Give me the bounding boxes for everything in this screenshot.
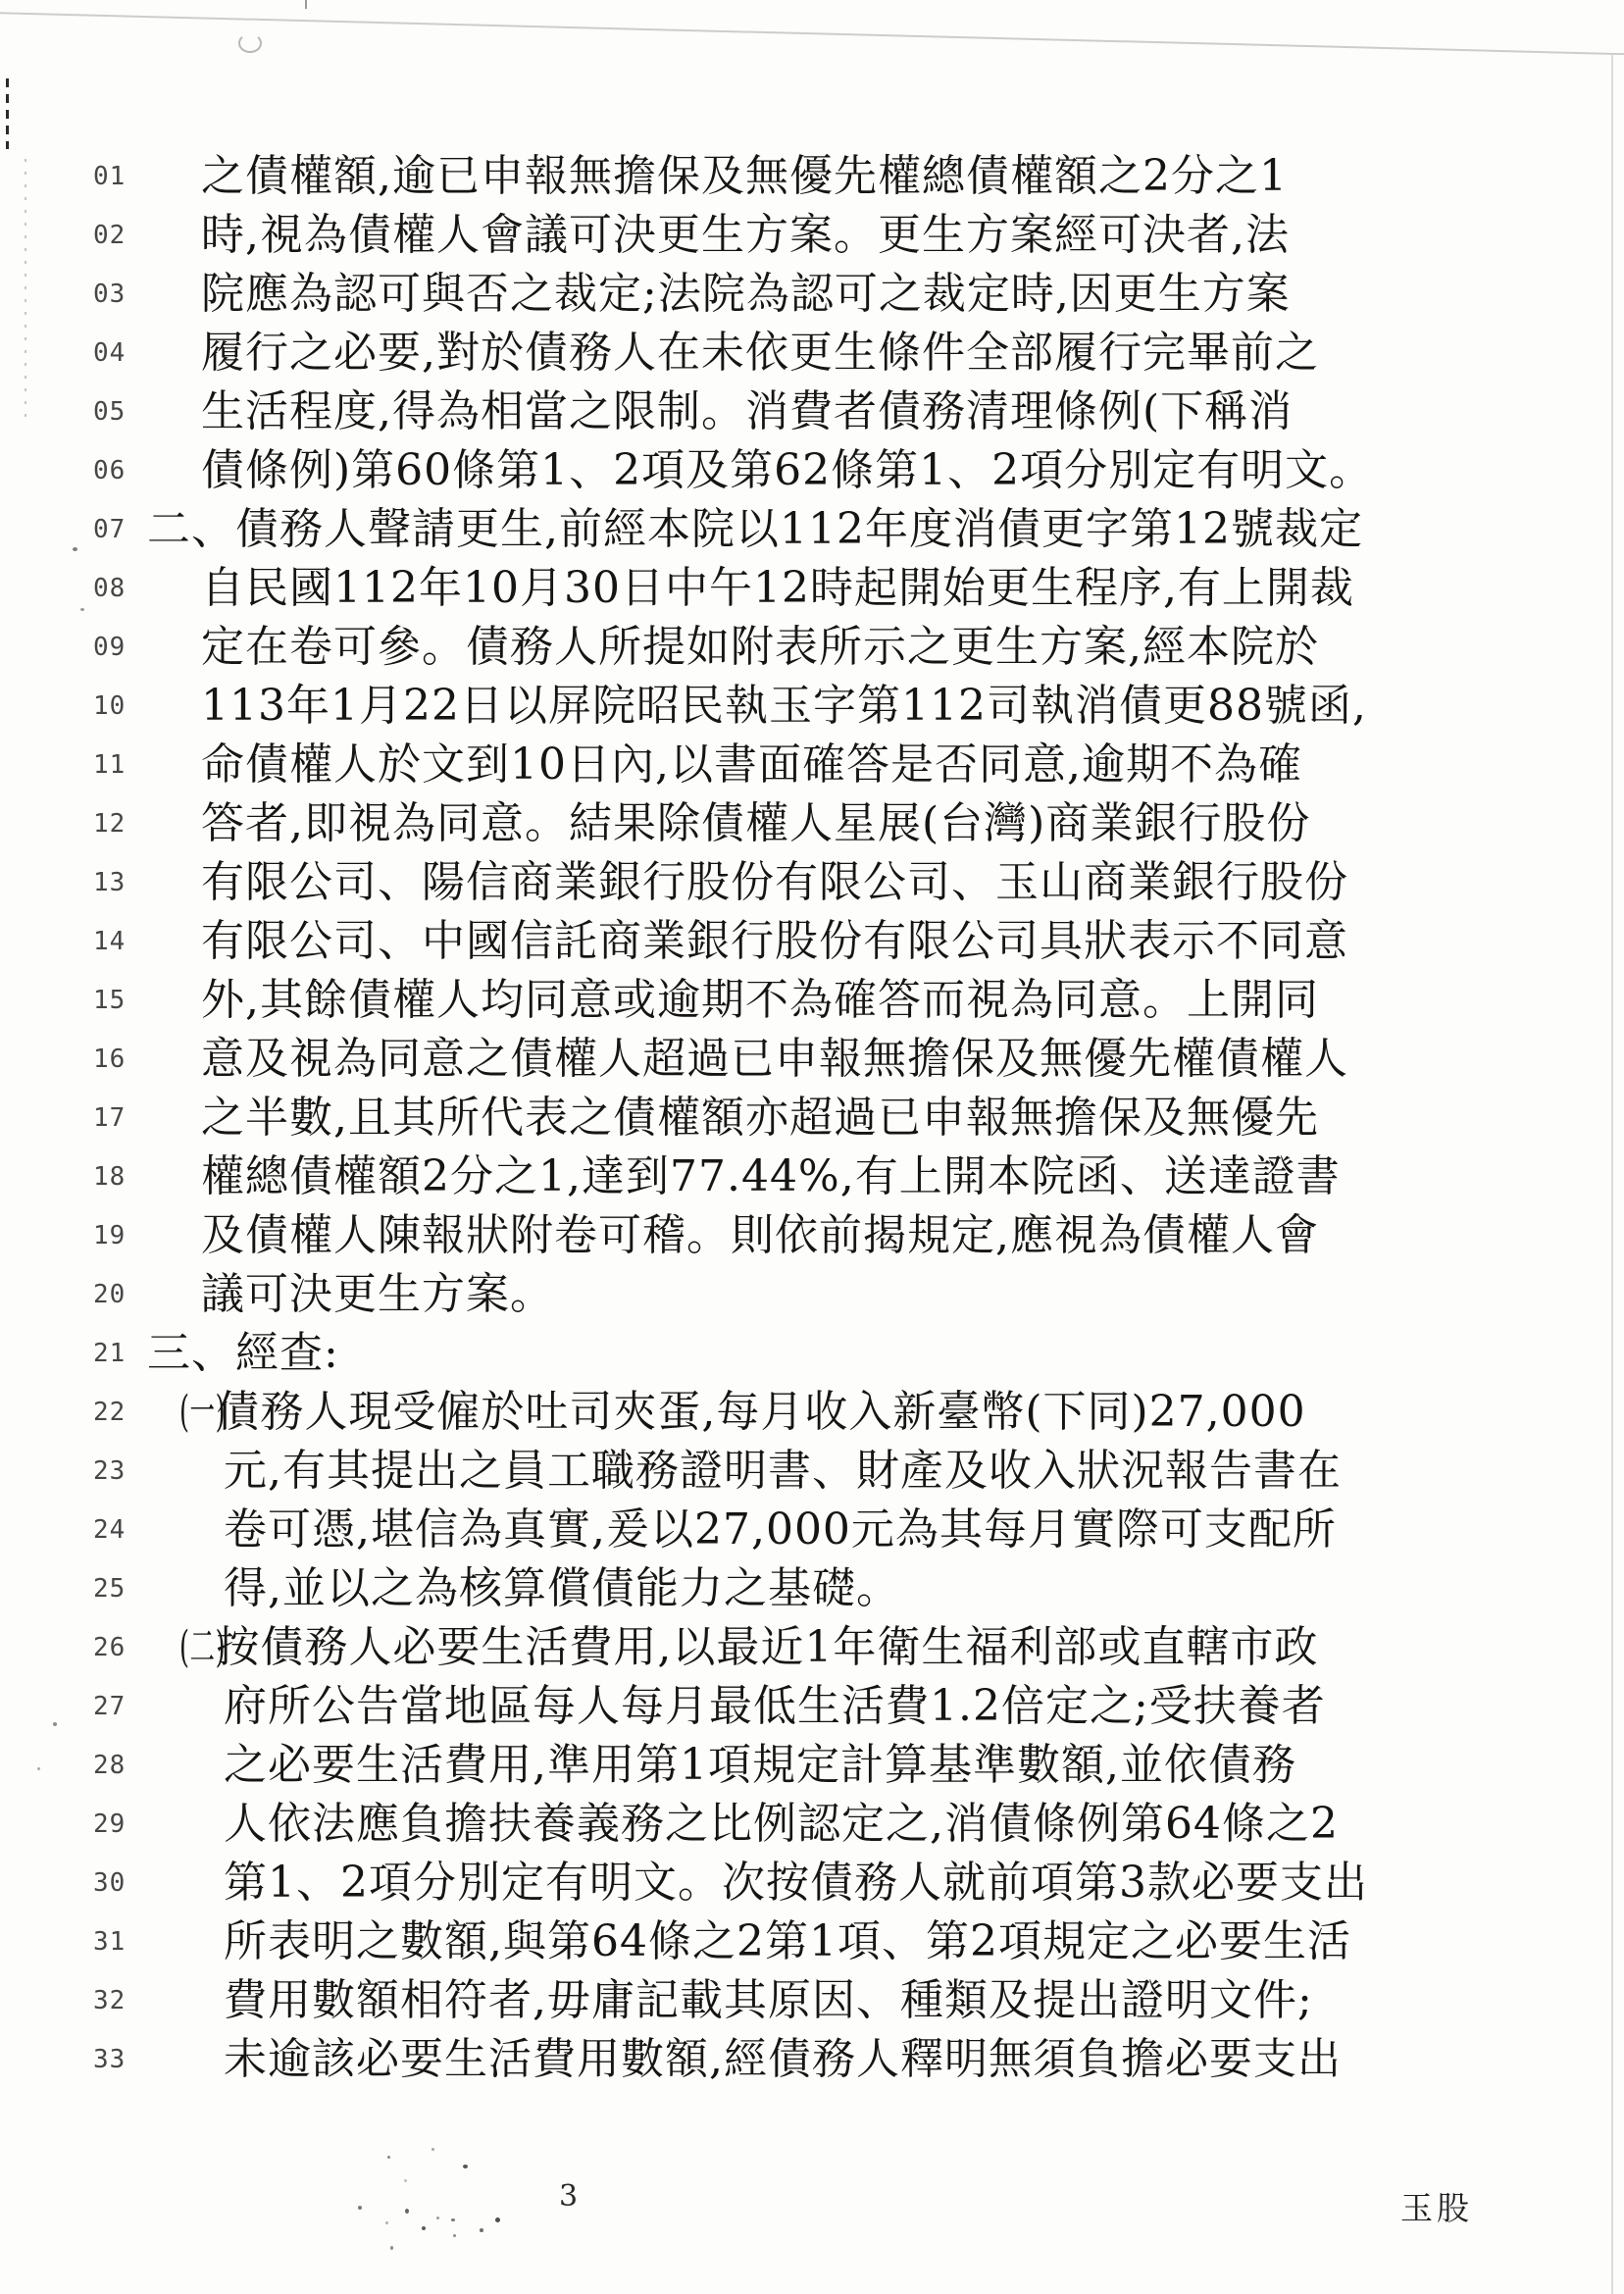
line-content: 未逾該必要生活費用數額,經債務人釋明無須負擔必要支出: [224, 2034, 1342, 2084]
scan-noise-dot: [463, 2165, 468, 2168]
line-content: 債務人聲請更生,前經本院以112年度消債更字第12號裁定: [235, 504, 1363, 554]
scan-noise-dot: [480, 2228, 483, 2232]
line-number: 11: [93, 750, 126, 780]
document-line: 06 債條例)第60條第1、2項及第62條第1、2項分別定有明文。: [0, 441, 1624, 500]
line-number: 33: [93, 2045, 126, 2074]
document-line: 11 命債權人於文到10日內,以書面確答是否同意,逾期不為確: [0, 736, 1624, 794]
line-text: 有限公司、陽信商業銀行股份有限公司、玉山商業銀行股份: [201, 853, 1348, 912]
line-number: 26: [93, 1633, 126, 1662]
line-content: 權總債權額2分之1,達到77.44%,有上開本院函、送達證書: [201, 1151, 1341, 1201]
line-marker: (二): [179, 1618, 226, 1677]
document-line: 01 之債權額,逾已申報無擔保及無優先權總債權額之2分之1: [0, 147, 1624, 206]
line-text: 權總債權額2分之1,達到77.44%,有上開本院函、送達證書: [201, 1147, 1341, 1206]
line-content: 生活程度,得為相當之限制。消費者債務清理條例(下稱消: [201, 386, 1293, 436]
document-line: 31 所表明之數額,與第64條之2第1項、第2項規定之必要生活: [0, 1912, 1624, 1971]
line-text: 113年1月22日以屏院昭民執玉字第112司執消債更88號函,: [201, 677, 1367, 736]
line-content: 人依法應負擔扶養義務之比例認定之,消債條例第64條之2: [224, 1799, 1339, 1849]
line-content: 定在卷可參。債務人所提如附表所示之更生方案,經本院於: [201, 622, 1319, 672]
line-text: 之債權額,逾已申報無擔保及無優先權總債權額之2分之1: [201, 147, 1288, 206]
document-line: 28 之必要生活費用,準用第1項規定計算基準數額,並依債務: [0, 1736, 1624, 1795]
line-text: (二)按債務人必要生活費用,以最近1年衛生福利部或直轄市政: [179, 1618, 1318, 1677]
line-number: 19: [93, 1221, 126, 1250]
line-text: 命債權人於文到10日內,以書面確答是否同意,逾期不為確: [201, 736, 1302, 794]
line-number: 20: [93, 1280, 126, 1309]
line-number: 27: [93, 1692, 126, 1721]
line-text: 時,視為債權人會議可決更生方案。更生方案經可決者,法: [201, 206, 1290, 265]
clerk-division-stamp: 玉股: [1400, 2183, 1473, 2229]
document-line: 30 第1、2項分別定有明文。次按債務人就前項第3款必要支出: [0, 1854, 1624, 1912]
document-line: 08 自民國112年10月30日中午12時起開始更生程序,有上開裁: [0, 559, 1624, 618]
line-content: 自民國112年10月30日中午12時起開始更生程序,有上開裁: [201, 563, 1354, 613]
line-number: 14: [93, 927, 126, 956]
line-marker: 二、: [147, 500, 235, 559]
document-line: 26 (二)按債務人必要生活費用,以最近1年衛生福利部或直轄市政: [0, 1618, 1624, 1677]
scan-noise-dot: [453, 2234, 456, 2237]
line-number: 03: [93, 280, 126, 309]
scan-noise-dot: [390, 2246, 393, 2250]
line-number: 25: [93, 1574, 126, 1604]
line-content: 及債權人陳報狀附卷可稽。則依前揭規定,應視為債權人會: [201, 1210, 1319, 1260]
line-content: 之半數,且其所代表之債權額亦超過已申報無擔保及無優先: [201, 1093, 1319, 1143]
line-text: 未逾該必要生活費用數額,經債務人釋明無須負擔必要支出: [224, 2030, 1342, 2089]
document-line: 23 元,有其提出之員工職務證明書、財產及收入狀況報告書在: [0, 1442, 1624, 1501]
line-number: 05: [93, 397, 126, 427]
line-content: 有限公司、陽信商業銀行股份有限公司、玉山商業銀行股份: [201, 857, 1348, 907]
line-content: 之必要生活費用,準用第1項規定計算基準數額,並依債務: [224, 1740, 1296, 1790]
scan-noise-dot: [422, 2226, 426, 2230]
line-text: 外,其餘債權人均同意或逾期不為確答而視為同意。上開同: [201, 971, 1319, 1030]
scan-noise-dot: [385, 2221, 388, 2224]
line-content: 元,有其提出之員工職務證明書、財產及收入狀況報告書在: [224, 1446, 1342, 1496]
line-text: 院應為認可與否之裁定;法院為認可之裁定時,因更生方案: [201, 265, 1291, 324]
line-content: 按債務人必要生活費用,以最近1年衛生福利部或直轄市政: [216, 1622, 1318, 1672]
line-text: 有限公司、中國信託商業銀行股份有限公司具狀表示不同意: [201, 912, 1348, 971]
scan-noise-dot: [387, 2156, 390, 2159]
scan-artifact-left-dashes: [6, 78, 9, 149]
line-content: 命債權人於文到10日內,以書面確答是否同意,逾期不為確: [201, 739, 1302, 790]
document-line: 29 人依法應負擔扶養義務之比例認定之,消債條例第64條之2: [0, 1795, 1624, 1854]
document-line: 09 定在卷可參。債務人所提如附表所示之更生方案,經本院於: [0, 618, 1624, 677]
line-text: 費用數額相符者,毋庸記載其原因、種類及提出證明文件;: [224, 1971, 1313, 2030]
line-text: 之半數,且其所代表之債權額亦超過已申報無擔保及無優先: [201, 1089, 1319, 1147]
document-line: 12 答者,即視為同意。結果除債權人星展(台灣)商業銀行股份: [0, 794, 1624, 853]
line-number: 31: [93, 1927, 126, 1957]
scan-artifact-tick: [305, 0, 307, 9]
line-number: 08: [93, 574, 126, 603]
line-text: 生活程度,得為相當之限制。消費者債務清理條例(下稱消: [201, 382, 1293, 441]
line-number: 32: [93, 1986, 126, 2015]
scan-noise-dot: [404, 2179, 407, 2182]
line-number: 06: [93, 456, 126, 485]
line-content: 時,視為債權人會議可決更生方案。更生方案經可決者,法: [201, 210, 1290, 260]
line-text: (一)債務人現受僱於吐司夾蛋,每月收入新臺幣(下同)27,000: [179, 1383, 1306, 1442]
line-content: 卷可憑,堪信為真實,爰以27,000元為其每月實際可支配所: [224, 1504, 1337, 1555]
line-text: 議可決更生方案。: [201, 1265, 554, 1324]
line-number: 09: [93, 633, 126, 662]
document-line: 13 有限公司、陽信商業銀行股份有限公司、玉山商業銀行股份: [0, 853, 1624, 912]
document-line: 03 院應為認可與否之裁定;法院為認可之裁定時,因更生方案: [0, 265, 1624, 324]
document-line: 02 時,視為債權人會議可決更生方案。更生方案經可決者,法: [0, 206, 1624, 265]
line-content: 第1、2項分別定有明文。次按債務人就前項第3款必要支出: [224, 1858, 1368, 1908]
document-line: 24 卷可憑,堪信為真實,爰以27,000元為其每月實際可支配所: [0, 1501, 1624, 1559]
line-text: 元,有其提出之員工職務證明書、財產及收入狀況報告書在: [224, 1442, 1342, 1501]
line-number: 12: [93, 809, 126, 839]
scan-noise-dot: [436, 2217, 439, 2219]
line-text: 債條例)第60條第1、2項及第62條第1、2項分別定有明文。: [201, 441, 1373, 500]
scanned-court-document-page: 01 之債權額,逾已申報無擔保及無優先權總債權額之2分之1 02 時,視為債權人…: [0, 0, 1624, 2294]
line-number: 21: [93, 1339, 126, 1368]
line-text: 三、經查:: [147, 1324, 339, 1383]
scan-artifact-loop-mark: [238, 33, 262, 53]
line-content: 所表明之數額,與第64條之2第1項、第2項規定之必要生活: [224, 1916, 1351, 1966]
document-line: 19 及債權人陳報狀附卷可稽。則依前揭規定,應視為債權人會: [0, 1206, 1624, 1265]
line-content: 債條例)第60條第1、2項及第62條第1、2項分別定有明文。: [201, 445, 1373, 495]
line-text: 卷可憑,堪信為真實,爰以27,000元為其每月實際可支配所: [224, 1501, 1337, 1559]
line-text: 得,並以之為核算償債能力之基礎。: [224, 1559, 900, 1618]
line-marker: (一): [179, 1383, 226, 1442]
line-number: 16: [93, 1045, 126, 1074]
line-number: 02: [93, 221, 126, 250]
line-number: 13: [93, 868, 126, 897]
line-text: 第1、2項分別定有明文。次按債務人就前項第3款必要支出: [224, 1854, 1368, 1912]
line-text: 答者,即視為同意。結果除債權人星展(台灣)商業銀行股份: [201, 794, 1310, 853]
line-number: 10: [93, 691, 126, 721]
line-text: 府所公告當地區每人每月最低生活費1.2倍定之;受扶養者: [224, 1677, 1326, 1736]
document-line: 33 未逾該必要生活費用數額,經債務人釋明無須負擔必要支出: [0, 2030, 1624, 2089]
page-number: 3: [559, 2179, 578, 2214]
line-text: 意及視為同意之債權人超過已申報無擔保及無優先權債權人: [201, 1030, 1348, 1089]
line-text: 履行之必要,對於債務人在未依更生條件全部履行完畢前之: [201, 324, 1319, 382]
line-content: 外,其餘債權人均同意或逾期不為確答而視為同意。上開同: [201, 975, 1319, 1025]
line-content: 院應為認可與否之裁定;法院為認可之裁定時,因更生方案: [201, 269, 1291, 319]
document-line: 21 三、經查:: [0, 1324, 1624, 1383]
line-number: 01: [93, 162, 126, 191]
line-content: 113年1月22日以屏院昭民執玉字第112司執消債更88號函,: [201, 681, 1367, 731]
document-line: 16 意及視為同意之債權人超過已申報無擔保及無優先權債權人: [0, 1030, 1624, 1089]
document-line: 20 議可決更生方案。: [0, 1265, 1624, 1324]
document-line: 05 生活程度,得為相當之限制。消費者債務清理條例(下稱消: [0, 382, 1624, 441]
line-text: 自民國112年10月30日中午12時起開始更生程序,有上開裁: [201, 559, 1354, 618]
line-number: 07: [93, 515, 126, 544]
scan-noise-dot: [431, 2148, 434, 2151]
document-line: 25 得,並以之為核算償債能力之基礎。: [0, 1559, 1624, 1618]
line-number: 15: [93, 986, 126, 1015]
line-number: 18: [93, 1162, 126, 1192]
document-line: 18 權總債權額2分之1,達到77.44%,有上開本院函、送達證書: [0, 1147, 1624, 1206]
scan-noise-dot: [495, 2218, 500, 2222]
line-number: 28: [93, 1751, 126, 1780]
document-line: 15 外,其餘債權人均同意或逾期不為確答而視為同意。上開同: [0, 971, 1624, 1030]
line-number: 29: [93, 1810, 126, 1839]
line-number: 17: [93, 1103, 126, 1133]
line-text: 定在卷可參。債務人所提如附表所示之更生方案,經本院於: [201, 618, 1319, 677]
line-content: 得,並以之為核算償債能力之基礎。: [224, 1563, 900, 1613]
document-line: 17 之半數,且其所代表之債權額亦超過已申報無擔保及無優先: [0, 1089, 1624, 1147]
line-number: 30: [93, 1868, 126, 1898]
line-content: 議可決更生方案。: [201, 1269, 554, 1319]
scan-artifact-top-line: [0, 12, 1624, 56]
line-content: 府所公告當地區每人每月最低生活費1.2倍定之;受扶養者: [224, 1681, 1326, 1731]
line-content: 意及視為同意之債權人超過已申報無擔保及無優先權債權人: [201, 1034, 1348, 1084]
line-content: 之債權額,逾已申報無擔保及無優先權總債權額之2分之1: [201, 151, 1288, 201]
document-line: 22 (一)債務人現受僱於吐司夾蛋,每月收入新臺幣(下同)27,000: [0, 1383, 1624, 1442]
scan-noise-dot: [358, 2206, 362, 2210]
document-line: 07 二、債務人聲請更生,前經本院以112年度消債更字第12號裁定: [0, 500, 1624, 559]
document-line: 32 費用數額相符者,毋庸記載其原因、種類及提出證明文件;: [0, 1971, 1624, 2030]
line-text: 所表明之數額,與第64條之2第1項、第2項規定之必要生活: [224, 1912, 1351, 1971]
line-content: 答者,即視為同意。結果除債權人星展(台灣)商業銀行股份: [201, 798, 1310, 848]
line-number: 24: [93, 1515, 126, 1545]
document-line: 27 府所公告當地區每人每月最低生活費1.2倍定之;受扶養者: [0, 1677, 1624, 1736]
document-line: 10 113年1月22日以屏院昭民執玉字第112司執消債更88號函,: [0, 677, 1624, 736]
line-content: 經查:: [235, 1328, 339, 1378]
line-text: 人依法應負擔扶養義務之比例認定之,消債條例第64條之2: [224, 1795, 1339, 1854]
scan-noise-dot: [451, 2218, 455, 2221]
line-content: 履行之必要,對於債務人在未依更生條件全部履行完畢前之: [201, 328, 1319, 378]
line-number: 22: [93, 1398, 126, 1427]
line-marker: 三、: [147, 1324, 235, 1383]
line-number: 04: [93, 338, 126, 368]
line-content: 有限公司、中國信託商業銀行股份有限公司具狀表示不同意: [201, 916, 1348, 966]
document-line: 14 有限公司、中國信託商業銀行股份有限公司具狀表示不同意: [0, 912, 1624, 971]
line-text: 及債權人陳報狀附卷可稽。則依前揭規定,應視為債權人會: [201, 1206, 1319, 1265]
line-text: 二、債務人聲請更生,前經本院以112年度消債更字第12號裁定: [147, 500, 1363, 559]
scan-noise-dot: [405, 2209, 409, 2214]
line-number: 23: [93, 1456, 126, 1486]
line-content: 債務人現受僱於吐司夾蛋,每月收入新臺幣(下同)27,000: [216, 1387, 1305, 1437]
line-text: 之必要生活費用,準用第1項規定計算基準數額,並依債務: [224, 1736, 1296, 1795]
line-content: 費用數額相符者,毋庸記載其原因、種類及提出證明文件;: [224, 1975, 1313, 2025]
document-line: 04 履行之必要,對於債務人在未依更生條件全部履行完畢前之: [0, 324, 1624, 382]
